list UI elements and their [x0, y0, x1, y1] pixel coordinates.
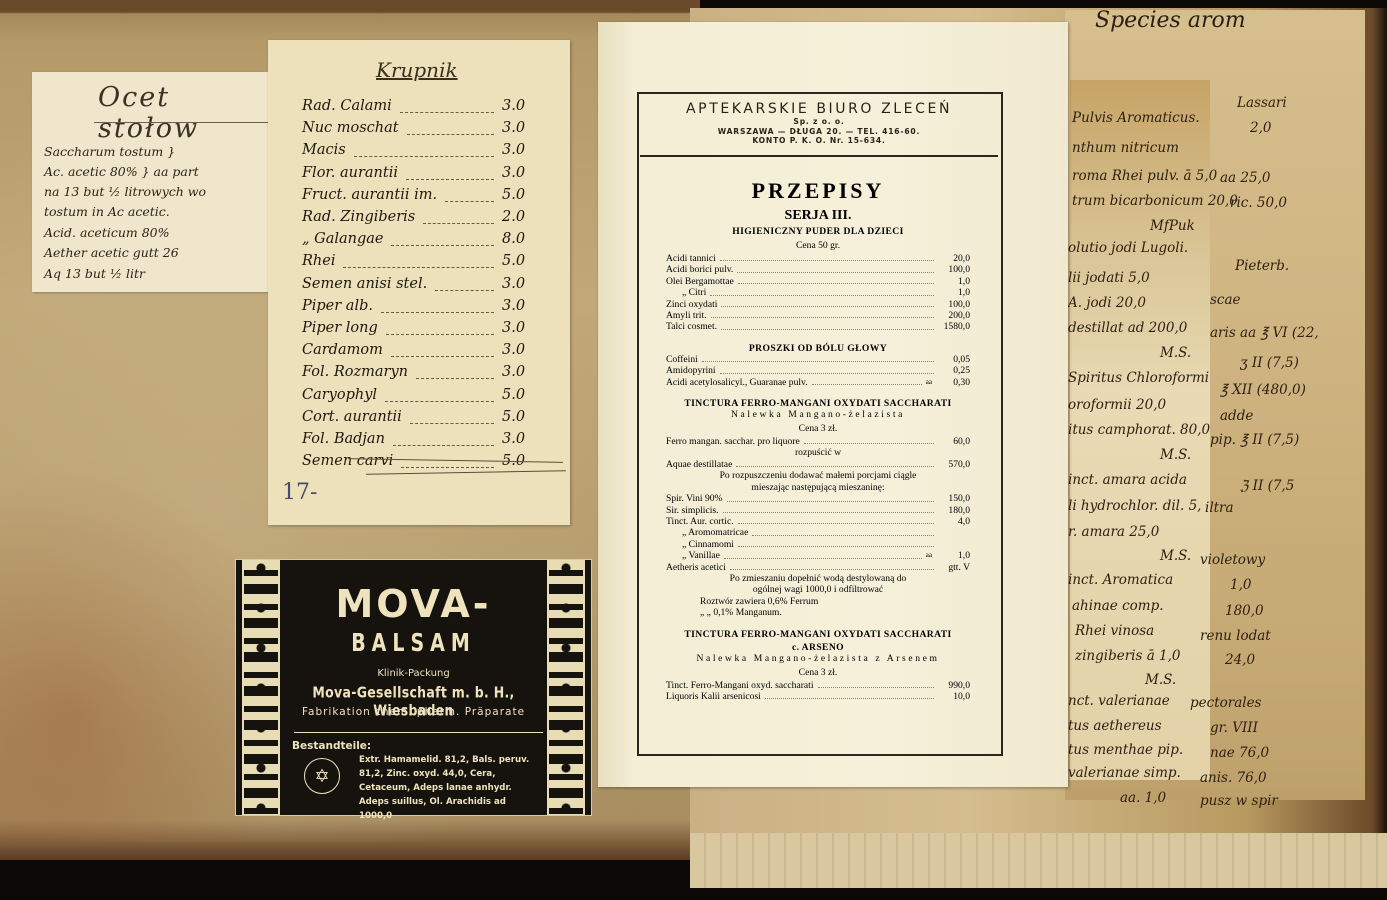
leader-dots [727, 493, 934, 501]
handwritten-line: roma Rhei pulv. ā 5,0 [1072, 168, 1217, 184]
ingredient-qty: 2.0 [502, 209, 532, 233]
note-title: Ocet stołow [98, 82, 277, 144]
handwritten-line: MfPuk [1150, 218, 1195, 234]
leader-dots [721, 321, 934, 329]
leader-dots [720, 365, 934, 373]
address: WARSZAWA — DŁUGA 20. — TEL. 416-60. [640, 127, 998, 137]
ingredient-row: Cardamom3.0 [302, 342, 532, 366]
handwritten-line: li hydrochlor. dil. 5, [1068, 498, 1201, 514]
handwritten-line: aa 25,0 [1220, 170, 1270, 186]
ingredient-amount: 100,0 [938, 264, 970, 275]
ingredient-name: Fruct. aurantii im. [302, 187, 437, 211]
ingredient-qty: 5.0 [502, 187, 532, 211]
leader-dashes [343, 253, 494, 268]
ornamental-border-right [547, 560, 585, 815]
ingredient-amount: 180,0 [938, 505, 970, 516]
leader-dashes [416, 364, 494, 379]
ingredient-row: Rhei5.0 [302, 253, 532, 277]
handwritten-line: ℨ II (7,5 [1240, 478, 1294, 494]
divider-line [294, 732, 543, 733]
handwritten-line: ahinae comp. [1072, 598, 1164, 614]
instruction-note: ogólnej wagi 1000,0 i odfiltrować [640, 584, 996, 595]
ingredient-name: Rad. Calami [302, 98, 392, 122]
recipe-row: Acidi tannici20,0 [640, 253, 996, 264]
recipe-section: HIGIENICZNY PUDER DLA DZIECICena 50 gr.A… [640, 226, 996, 333]
handwritten-line: nae 76,0 [1210, 745, 1269, 761]
leader-dashes [354, 142, 494, 157]
handwritten-line: M.S. [1145, 672, 1176, 688]
ingredient-amount: 20,0 [938, 253, 970, 264]
ingredient-qty: 3.0 [502, 342, 532, 366]
handwritten-heading: Species arom [1095, 8, 1246, 33]
handwritten-line: Rhei vinosa [1075, 623, 1154, 639]
ingredient-name: Acidi borici pulv. [666, 264, 733, 275]
leader-dots [721, 299, 934, 307]
brand-name: MOVA- [284, 582, 543, 626]
ingredient-name: Caryophyl [302, 387, 377, 411]
composition-note: Roztwór zawiera 0,6% Ferrum [640, 596, 996, 607]
handwritten-line: destillat ad 200,0 [1068, 320, 1187, 336]
recipe-row: Ferro mangan. sacchar. pro liquore60,0 [640, 436, 996, 447]
ingredient-row: Fruct. aurantii im.5.0 [302, 187, 532, 211]
company-name: APTEKARSKIE BIURO ZLECEŃ [640, 101, 998, 117]
leader-dashes [445, 187, 494, 202]
ingredient-qty: 3.0 [502, 120, 532, 144]
recipe-section: PROSZKI OD BÓLU GŁOWYCoffeini0,05Amidopy… [640, 333, 996, 388]
ingredient-name: Liquoris Kalii arsenicosi [666, 691, 761, 702]
ingredient-qty: 3.0 [502, 142, 532, 166]
ingredient-name: Zinci oxydati [666, 299, 717, 310]
note-title: Krupnik [376, 58, 458, 82]
handwritten-line: oroformii 20,0 [1068, 397, 1166, 413]
ingredient-row: „ Galangae8.0 [302, 231, 532, 255]
note-line: Ac. acetic 80% } aa part [44, 164, 199, 179]
recipe-row: Talci cosmet.1580,0 [640, 321, 996, 332]
section-subtitle: Nalewka Mangano-żelazista z Arsenem [640, 653, 996, 664]
ingredient-amount: 60,0 [938, 436, 970, 447]
note-krupnik: Krupnik Rad. Calami3.0Nuc moschat3.0Maci… [268, 40, 570, 525]
ingredient-qty: 5.0 [502, 387, 532, 411]
ingredient-name: Tinct. Aur. cortic. [666, 516, 734, 527]
handwritten-line: pectorales [1190, 695, 1261, 711]
leader-dots [738, 516, 934, 524]
ingredient-amount: 200,0 [938, 310, 970, 321]
ingredient-row: Piper long3.0 [302, 320, 532, 344]
handwritten-line: 180,0 [1225, 603, 1264, 619]
aa-mark: aa [926, 550, 932, 561]
handwritten-line: tus menthae pip. [1068, 742, 1183, 758]
ingredient-row: Flor. aurantii3.0 [302, 165, 532, 189]
leader-dots [812, 377, 922, 385]
ingredient-name: Fol. Badjan [302, 431, 385, 455]
ingredient-name: „ Aromomatricae [666, 527, 748, 538]
instruction-note: rozpuścić w [640, 447, 996, 458]
ingredient-name: Talci cosmet. [666, 321, 717, 332]
leader-dots [738, 276, 934, 284]
series-label: SERJA III. [640, 208, 996, 224]
handwritten-line: renu lodat [1200, 628, 1271, 644]
recipe-row: Sir. simplicis.180,0 [640, 505, 996, 516]
handwritten-line: pip. ℥ II (7,5) [1210, 432, 1299, 448]
handwritten-line: aris aa ℥ VI (22, [1210, 325, 1319, 341]
note-line: Aether acetic gutt 26 [44, 245, 179, 260]
handwritten-line: 2,0 [1250, 120, 1271, 136]
leader-dots [804, 436, 934, 444]
recipe-row: Amyli trit.200,0 [640, 310, 996, 321]
handwritten-line: Lassari [1237, 95, 1287, 111]
ingredient-amount: 0,05 [938, 354, 970, 365]
handwritten-line: pusz w spir [1200, 793, 1278, 809]
note-line: tostum in Ac acetic. [44, 204, 170, 219]
recipe-row: Aetheris aceticigtt. V [640, 562, 996, 573]
handwritten-line: ric. 50,0 [1230, 195, 1287, 211]
ingredient-name: Sir. simplicis. [666, 505, 719, 516]
star-emblem-icon: ✡ [304, 758, 340, 794]
ingredient-name: Piper alb. [302, 298, 373, 322]
recipe-row: Tinct. Aur. cortic.4,0 [640, 516, 996, 527]
section-subtitle: Nalewka Mangano-żelazista [640, 409, 996, 420]
section-title: HIGIENICZNY PUDER DLA DZIECI [640, 226, 996, 237]
handwritten-line: ʒ II (7,5) [1240, 355, 1299, 371]
recipe-row: „ Aromomatricae [640, 527, 996, 538]
leader-dots [738, 539, 934, 547]
recipe-row: Tinct. Ferro-Mangani oxyd. saccharati990… [640, 680, 996, 691]
bank-account: KONTO P. K. O. Nr. 15-634. [640, 136, 998, 146]
leader-dashes [391, 342, 494, 357]
instruction-note: mieszając następującą mieszaninę: [640, 482, 996, 493]
packaging-type: Klinik-Packung [284, 668, 543, 679]
ingredient-amount: 1,0 [938, 276, 970, 287]
handwritten-line: anis. 76,0 [1200, 770, 1267, 786]
handwritten-line: trum bicarbonicum 20,0 [1072, 193, 1238, 209]
handwritten-line: olutio jodi Lugoli. [1068, 240, 1188, 256]
recipe-row: „ Vanillaeaa1,0 [640, 550, 996, 561]
product-name: BALSAM [284, 629, 543, 658]
ingredient-amount: 1,0 [938, 287, 970, 298]
recipe-row: Zinci oxydati100,0 [640, 299, 996, 310]
handwritten-line: violetowy [1200, 552, 1265, 568]
recipe-section: TINCTURA FERRO-MANGANI OXYDATI SACCHARAT… [640, 388, 996, 619]
handwritten-line: A. jodi 20,0 [1068, 295, 1146, 311]
instruction-note: Po rozpuszczeniu dodawać małemi porcjami… [640, 470, 996, 481]
section-title: TINCTURA FERRO-MANGANI OXYDATI SACCHARAT… [640, 398, 996, 409]
handwritten-line: M.S. [1160, 345, 1191, 361]
recipe-row: Acidi acetylosalicyl., Guaranae pulv.aa0… [640, 377, 996, 388]
handwritten-line: aa. 1,0 [1120, 790, 1166, 806]
handwritten-line: Pulvis Aromaticus. [1072, 110, 1200, 126]
handwritten-line: iltra [1205, 500, 1234, 516]
leader-dots [723, 505, 934, 513]
handwritten-line: inct. amara acida [1068, 472, 1187, 488]
document-title: PRZEPISY [640, 178, 996, 204]
recipe-row: Liquoris Kalii arsenicosi10,0 [640, 691, 996, 702]
ingredient-amount: 570,0 [938, 459, 970, 470]
handwritten-line: inct. Aromatica [1068, 572, 1173, 588]
ingredient-qty: 3.0 [502, 298, 532, 322]
leader-dots [736, 459, 934, 467]
ingredient-name: Cort. aurantii [302, 409, 402, 433]
aa-mark: aa [926, 377, 932, 388]
legal-form: Sp. z o. o. [640, 117, 998, 127]
handwritten-line: ℥ XII (480,0) [1220, 382, 1306, 398]
handwritten-line: M.S. [1160, 548, 1191, 564]
ingredient-qty: 8.0 [502, 231, 532, 255]
sheet-header: APTEKARSKIE BIURO ZLECEŃ Sp. z o. o. WAR… [640, 95, 998, 157]
handwritten-line: Pieterb. [1235, 258, 1289, 274]
ingredient-amount: 0,30 [938, 377, 970, 388]
ingredient-name: Cardamom [302, 342, 383, 366]
handwritten-line: zingiberis ā 1,0 [1075, 648, 1181, 664]
ingredient-name: Amidopyrini [666, 365, 716, 376]
ingredient-name: Flor. aurantii [302, 165, 398, 189]
ingredient-qty: 3.0 [502, 98, 532, 122]
spacer [640, 333, 996, 341]
ingredient-name: Olei Bergamottae [666, 276, 734, 287]
handwritten-line: valerianae simp. [1068, 765, 1181, 781]
fabrication-text: Fabrikation chem. pharm. Präparate [284, 706, 543, 718]
ingredient-name: Coffeini [666, 354, 698, 365]
ingredient-name: Amyli trit. [666, 310, 707, 321]
title-underline [94, 122, 279, 123]
handwritten-line: Spiritus Chloroformi [1068, 370, 1209, 386]
ingredient-name: „ Citri [666, 287, 706, 298]
section-title: TINCTURA FERRO-MANGANI OXYDATI SACCHARAT… [640, 629, 996, 640]
leader-dots [711, 310, 934, 318]
mova-balsam-label: MOVA- BALSAM Klinik-Packung Mova-Gesells… [236, 560, 591, 815]
ingredient-qty: 3.0 [502, 320, 532, 344]
leader-dashes [385, 387, 494, 402]
recipe-section: TINCTURA FERRO-MANGANI OXYDATI SACCHARAT… [640, 619, 996, 703]
ingredient-row: Rad. Calami3.0 [302, 98, 532, 122]
ingredient-amount: 150,0 [938, 493, 970, 504]
leader-dashes [393, 431, 494, 446]
ingredient-name: Semen anisi stel. [302, 276, 427, 300]
recipe-row: „ Cinnamomi [640, 539, 996, 550]
handwritten-line: 1,0 [1230, 577, 1251, 593]
leader-dots [737, 264, 934, 272]
ingredient-qty: 5.0 [502, 409, 532, 433]
ingredient-row: Semen anisi stel.3.0 [302, 276, 532, 300]
recipe-row: „ Citri1,0 [640, 287, 996, 298]
ingredient-qty: 3.0 [502, 364, 532, 388]
recipe-row: Coffeini0,05 [640, 354, 996, 365]
leader-dots [710, 287, 934, 295]
section-title-2: c. ARSENO [640, 642, 996, 653]
handwritten-line: gr. VIII [1210, 720, 1258, 736]
spacer [640, 388, 996, 396]
ingredient-name: Rad. Zingiberis [302, 209, 415, 233]
leader-dots [730, 562, 934, 570]
ingredient-name: Fol. Rozmaryn [302, 364, 408, 388]
note-line: Saccharum tostum } [44, 144, 175, 159]
page-number: 17- [282, 480, 317, 505]
ingredient-amount: 990,0 [938, 680, 970, 691]
leader-dashes [381, 298, 494, 313]
ingredient-name: Acidi acetylosalicyl., Guaranae pulv. [666, 377, 808, 388]
ingredient-name: Ferro mangan. sacchar. pro liquore [666, 436, 800, 447]
note-line: Aq 13 but ½ litr [44, 266, 145, 281]
ingredient-name: „ Cinnamomi [666, 539, 734, 550]
sheet-body: PRZEPISY SERJA III. HIGIENICZNY PUDER DL… [640, 160, 996, 702]
ingredients-label: Bestandteile: [292, 740, 371, 752]
ingredient-name: Aquae destillatae [666, 459, 732, 470]
leader-dashes [406, 165, 494, 180]
leader-dots [702, 354, 934, 362]
ingredient-name: Macis [302, 142, 346, 166]
ingredient-name: Tinct. Ferro-Mangani oxyd. saccharati [666, 680, 814, 691]
recipe-row: Olei Bergamottae1,0 [640, 276, 996, 287]
price-label: Cena 3 zł. [640, 667, 996, 678]
price-label: Cena 50 gr. [640, 240, 996, 251]
recipe-row: Spir. Vini 90%150,0 [640, 493, 996, 504]
ingredient-qty: 3.0 [502, 276, 532, 300]
ingredient-qty: 5.0 [502, 453, 532, 477]
ingredient-row: Rad. Zingiberis2.0 [302, 209, 532, 233]
ingredient-row: Fol. Rozmaryn3.0 [302, 364, 532, 388]
handwritten-line: 24,0 [1225, 652, 1255, 668]
leader-dashes [407, 120, 494, 135]
ingredient-name: Nuc moschat [302, 120, 399, 144]
ingredient-amount: 100,0 [938, 299, 970, 310]
leader-dots [818, 680, 934, 688]
ingredient-name: „ Galangae [302, 231, 383, 255]
ingredient-amount: 4,0 [938, 516, 970, 527]
recipe-row: Acidi borici pulv.100,0 [640, 264, 996, 275]
instruction-note: Po zmieszaniu dopełnić wodą destylowaną … [640, 573, 996, 584]
leader-dashes [400, 98, 494, 113]
handwritten-line: tus aethereus [1068, 718, 1162, 734]
handwritten-line: lii jodati 5,0 [1068, 270, 1150, 286]
ingredient-amount: gtt. V [938, 562, 970, 573]
leader-dots [765, 691, 934, 699]
ingredient-row: Macis3.0 [302, 142, 532, 166]
ingredient-amount: 10,0 [938, 691, 970, 702]
note-line: Acid. aceticum 80% [44, 225, 170, 240]
leader-dots [752, 527, 934, 535]
composition-note: „ „ 0,1% Manganum. [640, 607, 996, 618]
ingredient-name: Piper long [302, 320, 378, 344]
ingredient-row: Caryophyl5.0 [302, 387, 532, 411]
ingredient-amount: 1580,0 [938, 321, 970, 332]
leader-dashes [410, 409, 494, 424]
ingredient-name: Acidi tannici [666, 253, 716, 264]
leader-dashes [435, 276, 494, 291]
handwritten-line: itus camphorat. 80,0 [1068, 422, 1210, 438]
ingredient-qty: 3.0 [502, 165, 532, 189]
ingredient-row: Cort. aurantii5.0 [302, 409, 532, 433]
ingredient-row: Piper alb.3.0 [302, 298, 532, 322]
handwritten-line: adde [1220, 408, 1253, 424]
handwritten-line: scae [1210, 292, 1241, 308]
ingredient-qty: 3.0 [502, 431, 532, 455]
handwritten-line: nct. valerianae [1068, 693, 1170, 709]
leader-dashes [423, 209, 494, 224]
handwritten-line: M.S. [1160, 447, 1191, 463]
ornamental-border-left [242, 560, 280, 815]
section-title: PROSZKI OD BÓLU GŁOWY [640, 343, 996, 354]
ingredient-row: Nuc moschat3.0 [302, 120, 532, 144]
ingredient-amount: 0,25 [938, 365, 970, 376]
note-ocet-stolowy: Ocet stołow Saccharum tostum } Ac. aceti… [32, 72, 277, 292]
handwritten-line: nthum nitricum [1072, 140, 1179, 156]
leader-dots [720, 253, 934, 261]
ingredient-row: Fol. Badjan3.0 [302, 431, 532, 455]
ingredient-amount [938, 527, 970, 538]
spacer [640, 619, 996, 627]
ingredient-name: Rhei [302, 253, 335, 277]
recipe-row: Aquae destillatae570,0 [640, 459, 996, 470]
ingredient-name: Spir. Vini 90% [666, 493, 723, 504]
leader-dashes [386, 320, 494, 335]
ingredient-name: Aetheris acetici [666, 562, 726, 573]
ingredient-amount [938, 539, 970, 550]
recipe-row: Amidopyrini0,25 [640, 365, 996, 376]
note-line: na 13 but ½ litrowych wo [44, 184, 206, 199]
handwritten-line: r. amara 25,0 [1068, 524, 1159, 540]
price-label: Cena 3 zł. [640, 423, 996, 434]
ingredient-qty: 5.0 [502, 253, 532, 277]
ingredients-text: Extr. Hamamelid. 81,2, Bals. peruv. 81,2… [359, 753, 534, 823]
ingredient-name: „ Vanillae [666, 550, 720, 561]
leader-dots [724, 550, 922, 558]
leader-dashes [391, 231, 494, 246]
ingredient-amount: 1,0 [938, 550, 970, 561]
